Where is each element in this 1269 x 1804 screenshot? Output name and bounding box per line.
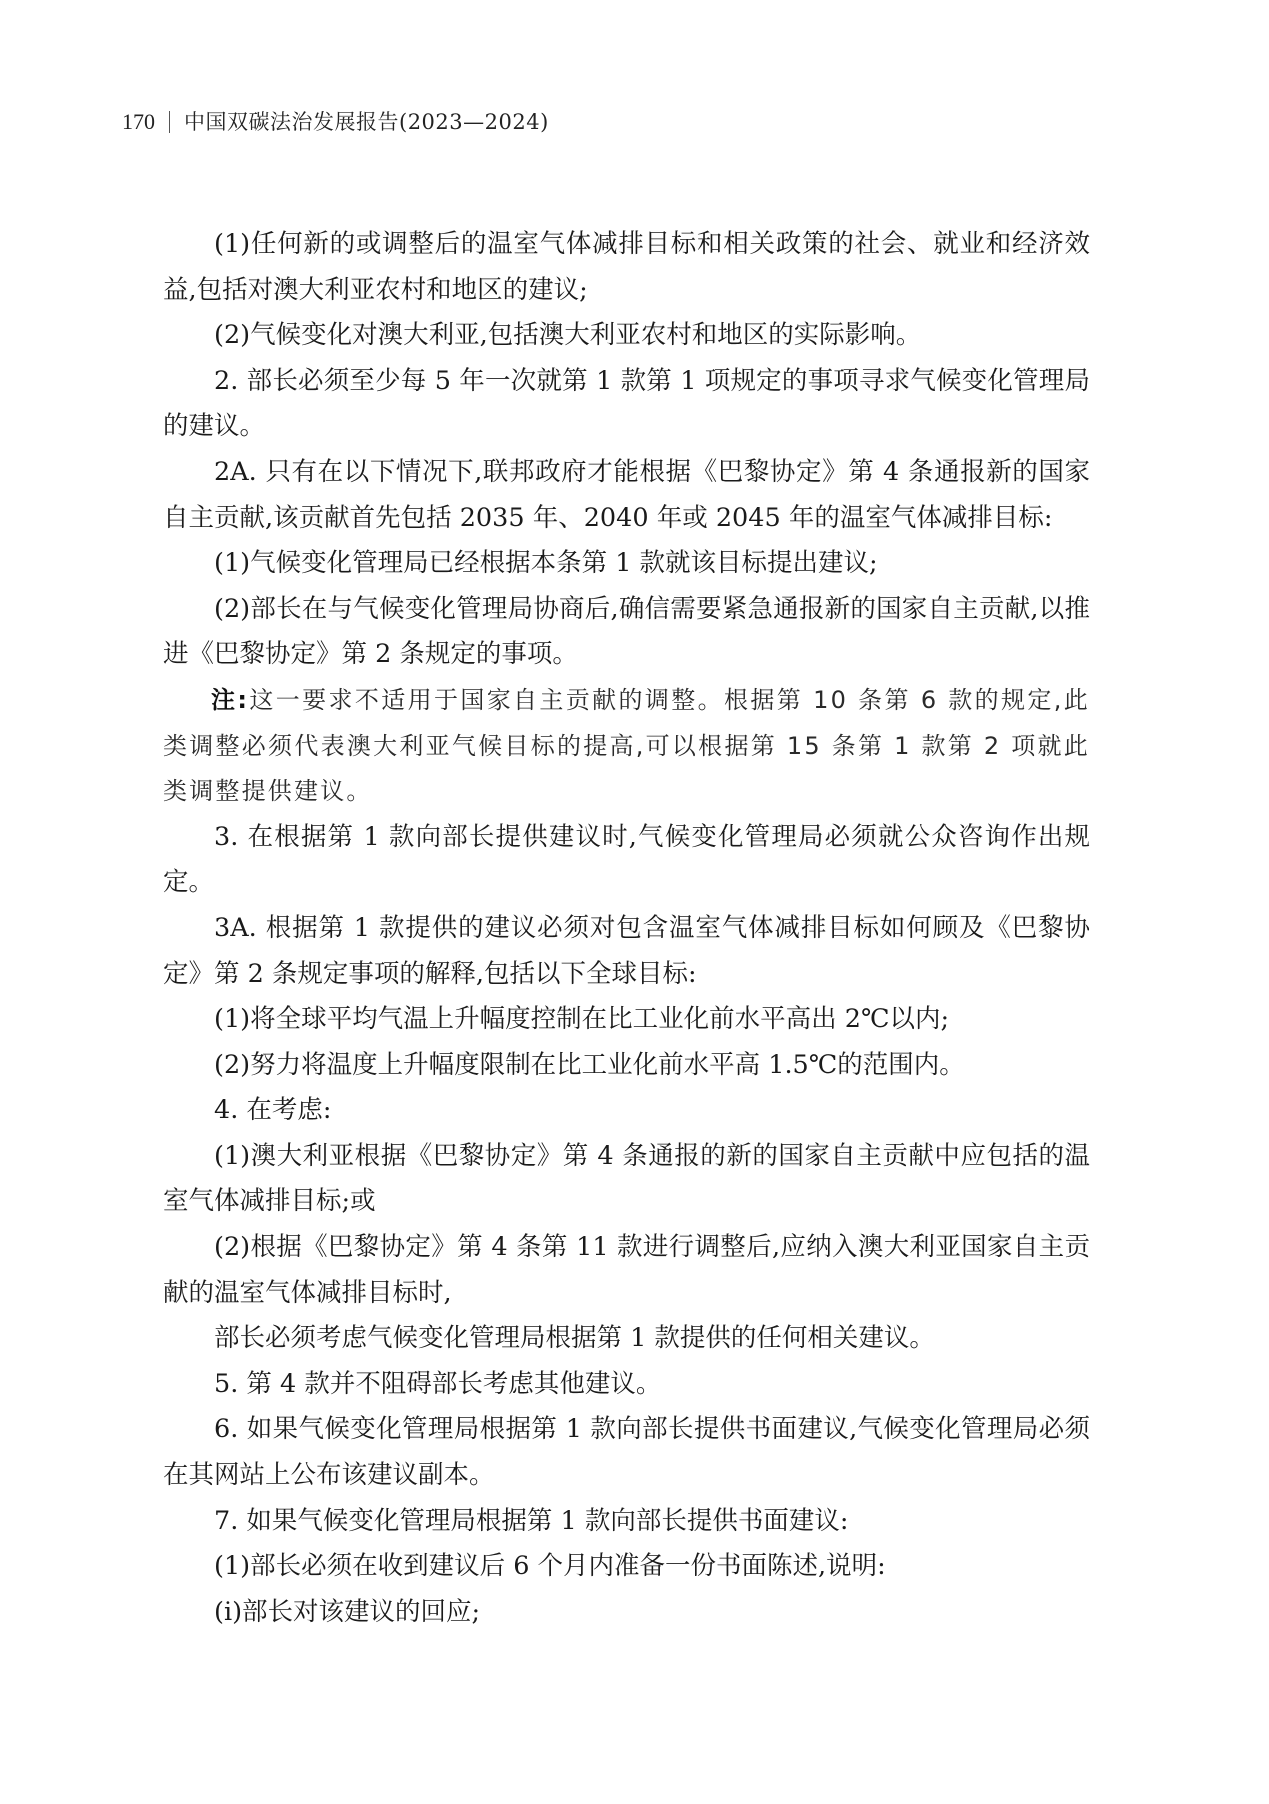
note-paragraph: 注:这一要求不适用于国家自主贡献的调整。根据第 10 条第 6 款的规定,此类调…	[163, 678, 1090, 815]
paragraph-2: 2. 部长必须至少每 5 年一次就第 1 款第 1 项规定的事项寻求气候变化管理…	[163, 359, 1090, 450]
paragraph-4: 4. 在考虑:	[163, 1088, 1090, 1134]
page-number: 170	[122, 108, 155, 136]
paragraph-3: 3. 在根据第 1 款向部长提供建议时,气候变化管理局必须就公众咨询作出规定。	[163, 815, 1090, 906]
paragraph-7: 7. 如果气候变化管理局根据第 1 款向部长提供书面建议:	[163, 1499, 1090, 1545]
paragraph-4-1: (1)澳大利亚根据《巴黎协定》第 4 条通报的新的国家自主贡献中应包括的温室气体…	[163, 1134, 1090, 1225]
paragraph-1-2: (2)气候变化对澳大利亚,包括澳大利亚农村和地区的实际影响。	[163, 313, 1090, 359]
paragraph-3a-2: (2)努力将温度上升幅度限制在比工业化前水平高 1.5℃的范围内。	[163, 1043, 1090, 1089]
paragraph-4-conclusion: 部长必须考虑气候变化管理局根据第 1 款提供的任何相关建议。	[163, 1316, 1090, 1362]
page-body: (1)任何新的或调整后的温室气体减排目标和相关政策的社会、就业和经济效益,包括对…	[163, 222, 1090, 1635]
paragraph-3a-1: (1)将全球平均气温上升幅度控制在比工业化前水平高出 2℃以内;	[163, 997, 1090, 1043]
note-text: 这一要求不适用于国家自主贡献的调整。根据第 10 条第 6 款的规定,此类调整必…	[163, 686, 1090, 805]
paragraph-4-2: (2)根据《巴黎协定》第 4 条第 11 款进行调整后,应纳入澳大利亚国家自主贡…	[163, 1225, 1090, 1316]
paragraph-1-1: (1)任何新的或调整后的温室气体减排目标和相关政策的社会、就业和经济效益,包括对…	[163, 222, 1090, 313]
paragraph-2a-2: (2)部长在与气候变化管理局协商后,确信需要紧急通报新的国家自主贡献,以推进《巴…	[163, 587, 1090, 678]
header-divider	[169, 111, 170, 133]
paragraph-2a: 2A. 只有在以下情况下,联邦政府才能根据《巴黎协定》第 4 条通报新的国家自主…	[163, 450, 1090, 541]
paragraph-2a-1: (1)气候变化管理局已经根据本条第 1 款就该目标提出建议;	[163, 541, 1090, 587]
paragraph-3a: 3A. 根据第 1 款提供的建议必须对包含温室气体减排目标如何顾及《巴黎协定》第…	[163, 906, 1090, 997]
paragraph-7-1: (1)部长必须在收到建议后 6 个月内准备一份书面陈述,说明:	[163, 1544, 1090, 1590]
note-label: 注:	[211, 686, 249, 714]
book-title: 中国双碳法治发展报告(2023—2024)	[184, 108, 549, 136]
paragraph-6: 6. 如果气候变化管理局根据第 1 款向部长提供书面建议,气候变化管理局必须在其…	[163, 1407, 1090, 1498]
running-header: 170 中国双碳法治发展报告(2023—2024)	[122, 108, 549, 136]
paragraph-7-1-i: (i)部长对该建议的回应;	[163, 1590, 1090, 1636]
paragraph-5: 5. 第 4 款并不阻碍部长考虑其他建议。	[163, 1362, 1090, 1408]
